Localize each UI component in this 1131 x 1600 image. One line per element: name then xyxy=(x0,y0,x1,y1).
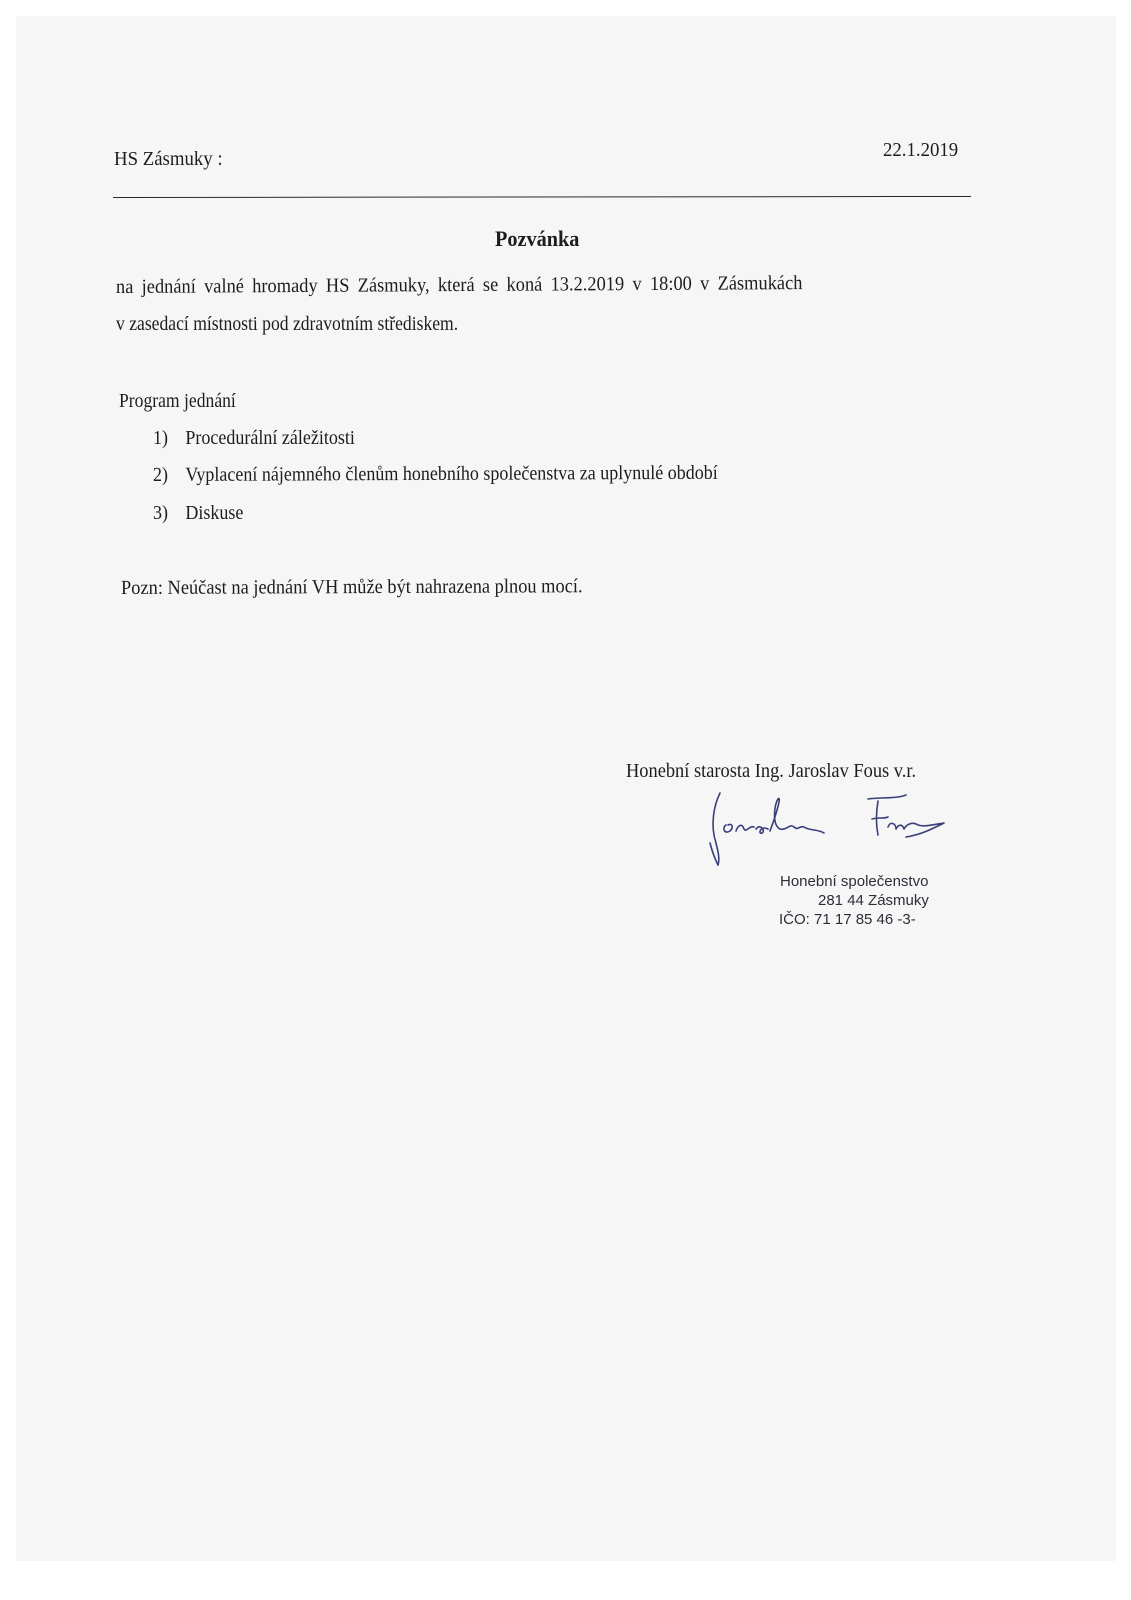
program-item-text: Diskuse xyxy=(185,502,243,524)
stamp-line-3: IČO: 71 17 85 46 -3- xyxy=(774,910,974,929)
document-title: Pozvánka xyxy=(495,226,579,252)
program-item-number: 3) xyxy=(153,502,185,525)
program-item-text: Vyplacení nájemného členům honebního spo… xyxy=(185,462,717,486)
signatory-line: Honební starosta Ing. Jaroslav Fous v.r. xyxy=(626,760,916,783)
program-item: 1)Procedurální záležitosti xyxy=(153,427,355,450)
organization-stamp: Honební společenstvo 281 44 Zásmuky IČO:… xyxy=(774,872,974,929)
program-item: 3)Diskuse xyxy=(153,502,243,525)
stamp-line-1: Honební společenstvo xyxy=(774,872,974,891)
stamp-line-2: 281 44 Zásmuky xyxy=(774,891,974,910)
intro-line-1: na jednání valné hromady HS Zásmuky, kte… xyxy=(116,272,803,299)
intro-line-2: v zasedací místnosti pod zdravotním stře… xyxy=(116,313,458,336)
program-item-text: Procedurální záležitosti xyxy=(185,427,354,449)
program-item: 2)Vyplacení nájemného členům honebního s… xyxy=(153,462,718,487)
program-item-number: 1) xyxy=(153,427,185,450)
note: Pozn: Neúčast na jednání VH může být nah… xyxy=(121,575,583,600)
header-date: 22.1.2019 xyxy=(883,139,958,162)
program-heading: Program jednání xyxy=(119,390,236,413)
handwritten-signature xyxy=(700,785,970,875)
header-organization: HS Zásmuky : xyxy=(114,148,223,171)
program-item-number: 2) xyxy=(153,464,185,487)
